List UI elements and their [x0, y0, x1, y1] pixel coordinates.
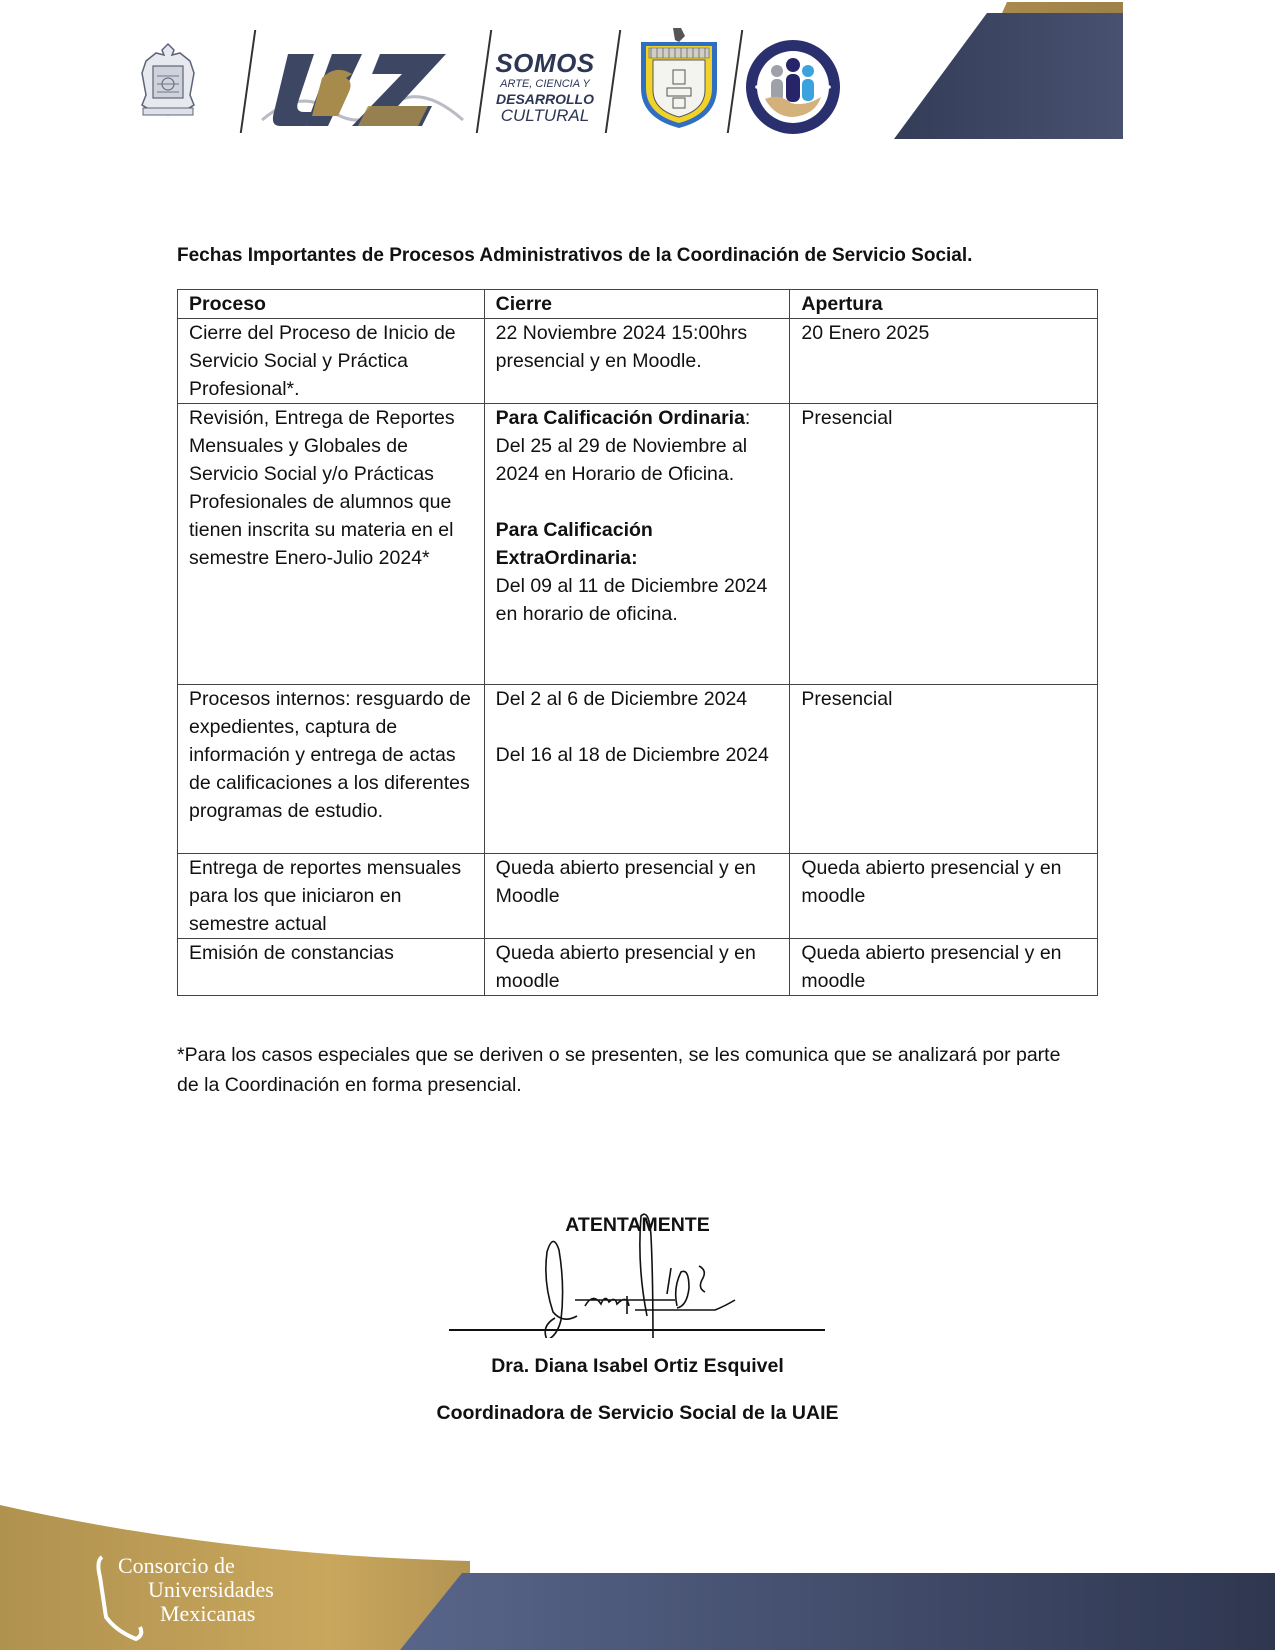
servicio-social-logo: [743, 37, 843, 137]
header-divider: [727, 30, 743, 133]
cell-proceso: Procesos internos: resguardo de expedien…: [178, 685, 485, 854]
somos-line-3: DESARROLLO: [495, 92, 595, 106]
header-decorative-shape: [880, 0, 1130, 145]
table-row: Cierre del Proceso de Inicio de Servicio…: [178, 319, 1098, 404]
cell-cierre: 22 Noviembre 2024 15:00hrs presencial y …: [484, 319, 790, 404]
somos-line-4: CULTURAL: [495, 107, 595, 124]
extraordinaria-dates: Del 09 al 11 de Diciembre 2024 en horari…: [496, 572, 780, 628]
cell-apertura: Queda abierto presencial y en moodle: [790, 854, 1098, 939]
footer-org-line-3: Mexicanas: [118, 1602, 274, 1626]
column-header-cierre: Cierre: [484, 290, 790, 319]
uaz-crest-logo: [135, 40, 201, 120]
cell-proceso: Cierre del Proceso de Inicio de Servicio…: [178, 319, 485, 404]
somos-line-2: ARTE, CIENCIA Y: [495, 79, 595, 90]
cell-cierre: Del 2 al 6 de Diciembre 2024 Del 16 al 1…: [484, 685, 790, 854]
document-title: Fechas Importantes de Procesos Administr…: [177, 245, 972, 267]
header-divider: [605, 30, 621, 133]
table-row: Emisión de constancias Queda abierto pre…: [178, 939, 1098, 996]
table-row: Revisión, Entrega de Reportes Mensuales …: [178, 404, 1098, 685]
extraordinaria-label: Para Calificación ExtraOrdinaria:: [496, 516, 780, 572]
cell-apertura: Presencial: [790, 404, 1098, 685]
cell-apertura: Queda abierto presencial y en moodle: [790, 939, 1098, 996]
footnote: *Para los casos especiales que se derive…: [177, 1040, 1077, 1100]
cell-apertura: Presencial: [790, 685, 1098, 854]
cell-proceso: Revisión, Entrega de Reportes Mensuales …: [178, 404, 485, 685]
cell-proceso: Entrega de reportes mensuales para los q…: [178, 854, 485, 939]
cell-cierre: Queda abierto presencial y en Moodle: [484, 854, 790, 939]
signer-title: Coordinadora de Servicio Social de la UA…: [0, 1402, 1275, 1425]
process-dates-table: Proceso Cierre Apertura Cierre del Proce…: [177, 289, 1098, 996]
cell-cierre: Queda abierto presencial y en moodle: [484, 939, 790, 996]
somos-logo: SOMOS ARTE, CIENCIA Y DESARROLLO CULTURA…: [495, 50, 595, 124]
signature-line: [449, 1329, 825, 1331]
column-header-apertura: Apertura: [790, 290, 1098, 319]
footer-org-name: Consorcio de Universidades Mexicanas: [118, 1554, 274, 1626]
footer-org-line-1: Consorcio de: [118, 1554, 274, 1578]
handwritten-signature: [535, 1198, 745, 1338]
somos-line-1: SOMOS: [495, 50, 595, 76]
column-header-proceso: Proceso: [178, 290, 485, 319]
footer-org-line-2: Universidades: [118, 1578, 274, 1602]
table-row: Procesos internos: resguardo de expedien…: [178, 685, 1098, 854]
table-row: Entrega de reportes mensuales para los q…: [178, 854, 1098, 939]
cell-cierre: Para Calificación Ordinaria: Del 25 al 2…: [484, 404, 790, 685]
cierre-date-2: Del 16 al 18 de Diciembre 2024: [496, 741, 780, 769]
table-header-row: Proceso Cierre Apertura: [178, 290, 1098, 319]
uaz-logo: [260, 48, 465, 128]
signer-name: Dra. Diana Isabel Ortiz Esquivel: [0, 1355, 1275, 1378]
ingenieria-shield-logo: [637, 26, 721, 130]
header-divider: [476, 30, 492, 133]
header-divider: [240, 30, 256, 133]
cell-apertura: 20 Enero 2025: [790, 319, 1098, 404]
cell-proceso: Emisión de constancias: [178, 939, 485, 996]
ordinaria-label: Para Calificación Ordinaria: [496, 407, 745, 429]
cierre-date-1: Del 2 al 6 de Diciembre 2024: [496, 685, 780, 713]
ordinaria-dates: Del 25 al 29 de Noviembre al 2024 en Hor…: [496, 432, 780, 488]
